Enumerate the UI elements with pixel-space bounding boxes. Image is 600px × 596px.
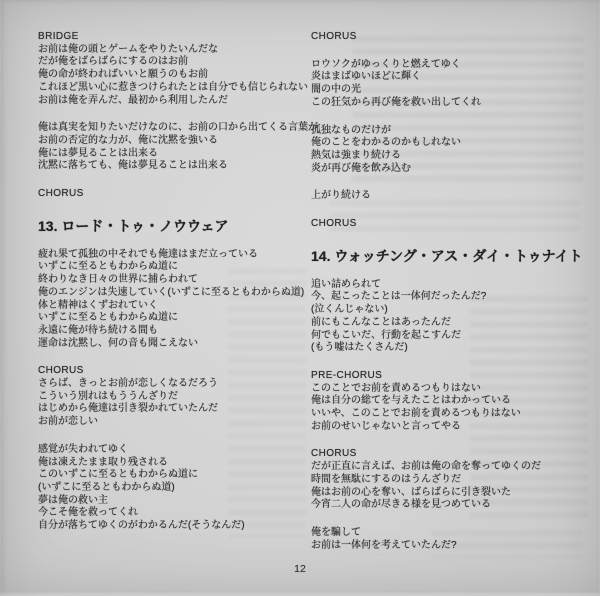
lyric-stanza: CHORUSさらば、きっとお前が恋しくなるだろうこういう別れはもううんざりだはじ… (38, 365, 310, 429)
lyric-line: 運命は沈黙し、何の音も聞こえない (38, 338, 310, 351)
lyric-line: 今、起こったことは一体何だったんだ? (311, 291, 593, 304)
lyric-line: (もう嘘はたくさんだ) (311, 342, 593, 355)
lyric-line: 追い詰められて (311, 279, 593, 292)
lyric-line: これほど黒い心に惹きつけられたとは自分でも信じられない (38, 82, 310, 95)
lyric-line: 俺の命が終わればいいと願うのもお前 (38, 69, 310, 82)
lyric-line: だが俺をばらばらにするのはお前 (38, 56, 310, 69)
section-label: CHORUS (38, 188, 310, 201)
lyric-line: いずこに至るともわからぬ道に (38, 312, 310, 325)
lyric-line: 今こそ俺を救ってくれ (38, 507, 310, 520)
lyric-line: 俺のエンジンは失速していく(いずこに至るともわからぬ道) (38, 287, 310, 300)
lyrics-column-right: CHORUSロウソクがゆっくりと燃えてゆく炎はまばゆいほどに輝く闇の中の光この狂… (311, 31, 593, 567)
lyrics-column-left: BRIDGEお前は俺の頭とゲームをやりたいんだなだが俺をばらばらにするのはお前俺… (38, 31, 310, 548)
lyric-line: いずこに至るともわからぬ道に (38, 261, 310, 274)
section-label: CHORUS (311, 31, 593, 44)
lyric-line: 夢は俺の救い主 (38, 495, 310, 508)
lyric-line: 炎はまばゆいほどに輝く (311, 71, 593, 84)
lyric-line: 自分が落ちてゆくのがわかるんだ(そうなんだ) (38, 520, 310, 533)
lyric-line: 上がり続ける (311, 190, 593, 203)
lyric-line: 疲れ果て孤独の中それでも俺達はまだ立っている (38, 249, 310, 262)
section-label: CHORUS (38, 365, 310, 378)
lyric-line: お前は俺の頭とゲームをやりたいんだな (38, 44, 310, 57)
lyric-line: 体と精神はくずおれていく (38, 300, 310, 313)
lyric-line: このいずこに至るともわからぬ道に (38, 469, 310, 482)
lyric-line: 前にもこんなことはあったんだ (311, 317, 593, 330)
lyric-line: 闇の中の光 (311, 84, 593, 97)
booklet-page-scan: BRIDGEお前は俺の頭とゲームをやりたいんだなだが俺をばらばらにするのはお前俺… (0, 0, 600, 596)
section-label: CHORUS (311, 218, 593, 231)
lyric-stanza: CHORUS (311, 218, 593, 231)
lyric-line: だが正直に言えば、お前は俺の命を奪ってゆくのだ (311, 461, 593, 474)
lyric-line: 俺はお前の心を奪い、ばらばらに引き裂いた (311, 487, 593, 500)
lyric-line: こういう別れはもううんざりだ (38, 391, 310, 404)
lyric-line: 永遠に俺が待ち続ける間も (38, 325, 310, 338)
section-label: BRIDGE (38, 31, 310, 44)
lyric-stanza: CHORUSだが正直に言えば、お前は俺の命を奪ってゆくのだ時間を無駄にするのはう… (311, 448, 593, 512)
section-label: CHORUS (311, 448, 593, 461)
lyric-line: ロウソクがゆっくりと燃えてゆく (311, 59, 593, 72)
lyric-line: 俺は自分の総てを与えたことはわかっている (311, 395, 593, 408)
lyric-line: 感覚が失われてゆく (38, 444, 310, 457)
lyric-stanza: ロウソクがゆっくりと燃えてゆく炎はまばゆいほどに輝く闇の中の光この狂気から再び俺… (311, 59, 593, 110)
lyric-line: お前は俺を弄んだ、最初から利用したんだ (38, 95, 310, 108)
lyric-line: はじめから俺達は引き裂かれていたんだ (38, 403, 310, 416)
lyric-line: お前は一体何を考えていたんだ? (311, 540, 593, 553)
song-title: 13. ロード・トゥ・ノウウェア (38, 217, 310, 235)
lyric-stanza: CHORUS (38, 188, 310, 201)
lyric-stanza: 追い詰められて今、起こったことは一体何だったんだ?(泣くんじゃない)前にもこんな… (311, 279, 593, 355)
lyric-line: 時間を無駄にするのはうんざりだ (311, 474, 593, 487)
lyric-line: 孤独なものだけが (311, 125, 593, 138)
lyric-line: この狂気から再び俺を救い出してくれ (311, 97, 593, 110)
page-number: 12 (0, 563, 600, 575)
lyric-line: お前の否定的な力が、俺に沈黙を強いる (38, 135, 310, 148)
song-title: 14. ウォッチング・アス・ダイ・トゥナイト (311, 247, 593, 265)
lyric-stanza: 孤独なものだけが俺のことをわかるのかもしれない熱気は強まり続ける炎が再び俺を飲み… (311, 125, 593, 176)
lyric-line: 沈黙に落ちても、俺は夢見ることは出来る (38, 160, 310, 173)
lyric-line: 炎が再び俺を飲み込む (311, 163, 593, 176)
lyric-line: 俺を騙して (311, 527, 593, 540)
lyric-stanza: BRIDGEお前は俺の頭とゲームをやりたいんだなだが俺をばらばらにするのはお前俺… (38, 31, 310, 107)
lyric-line: 俺のことをわかるのかもしれない (311, 137, 593, 150)
lyric-stanza: 上がり続ける (311, 190, 593, 203)
lyric-stanza: PRE-CHORUSこのことでお前を責めるつもりはない俺は自分の総てを与えたこと… (311, 370, 593, 434)
section-label: PRE-CHORUS (311, 370, 593, 383)
lyric-line: お前が恋しい (38, 416, 310, 429)
lyric-stanza: 俺は真実を知りたいだけなのに、お前の口から出てくる言葉がお前の否定的な力が、俺に… (38, 122, 310, 173)
lyric-line: (いずこに至るともわからぬ道) (38, 482, 310, 495)
lyric-line: 俺には夢見ることは出来る (38, 148, 310, 161)
lyric-line: 終わりなき日々の世界に捕らわれて (38, 274, 310, 287)
lyric-stanza: 俺を騙してお前は一体何を考えていたんだ? (311, 527, 593, 552)
lyric-line: 俺は凍えたまま取り残される (38, 457, 310, 470)
lyric-line: お前のせいじゃないと言ってやる (311, 421, 593, 434)
lyric-line: このことでお前を責めるつもりはない (311, 383, 593, 396)
lyric-line: 俺は真実を知りたいだけなのに、お前の口から出てくる言葉が (38, 122, 310, 135)
lyric-line: 何でもこいだ、行動を起こすんだ (311, 330, 593, 343)
lyric-line: (泣くんじゃない) (311, 304, 593, 317)
lyric-line: さらば、きっとお前が恋しくなるだろう (38, 378, 310, 391)
lyric-stanza: 感覚が失われてゆく俺は凍えたまま取り残されるこのいずこに至るともわからぬ道に(い… (38, 444, 310, 533)
lyric-line: いいや、このことでお前を責めるつもりはない (311, 408, 593, 421)
lyric-line: 今宵二人の命が尽きる様を見つめている (311, 499, 593, 512)
lyric-stanza: CHORUS (311, 31, 593, 44)
lyric-line: 熱気は強まり続ける (311, 150, 593, 163)
lyric-stanza: 疲れ果て孤独の中それでも俺達はまだ立っているいずこに至るともわからぬ道に終わりな… (38, 249, 310, 351)
